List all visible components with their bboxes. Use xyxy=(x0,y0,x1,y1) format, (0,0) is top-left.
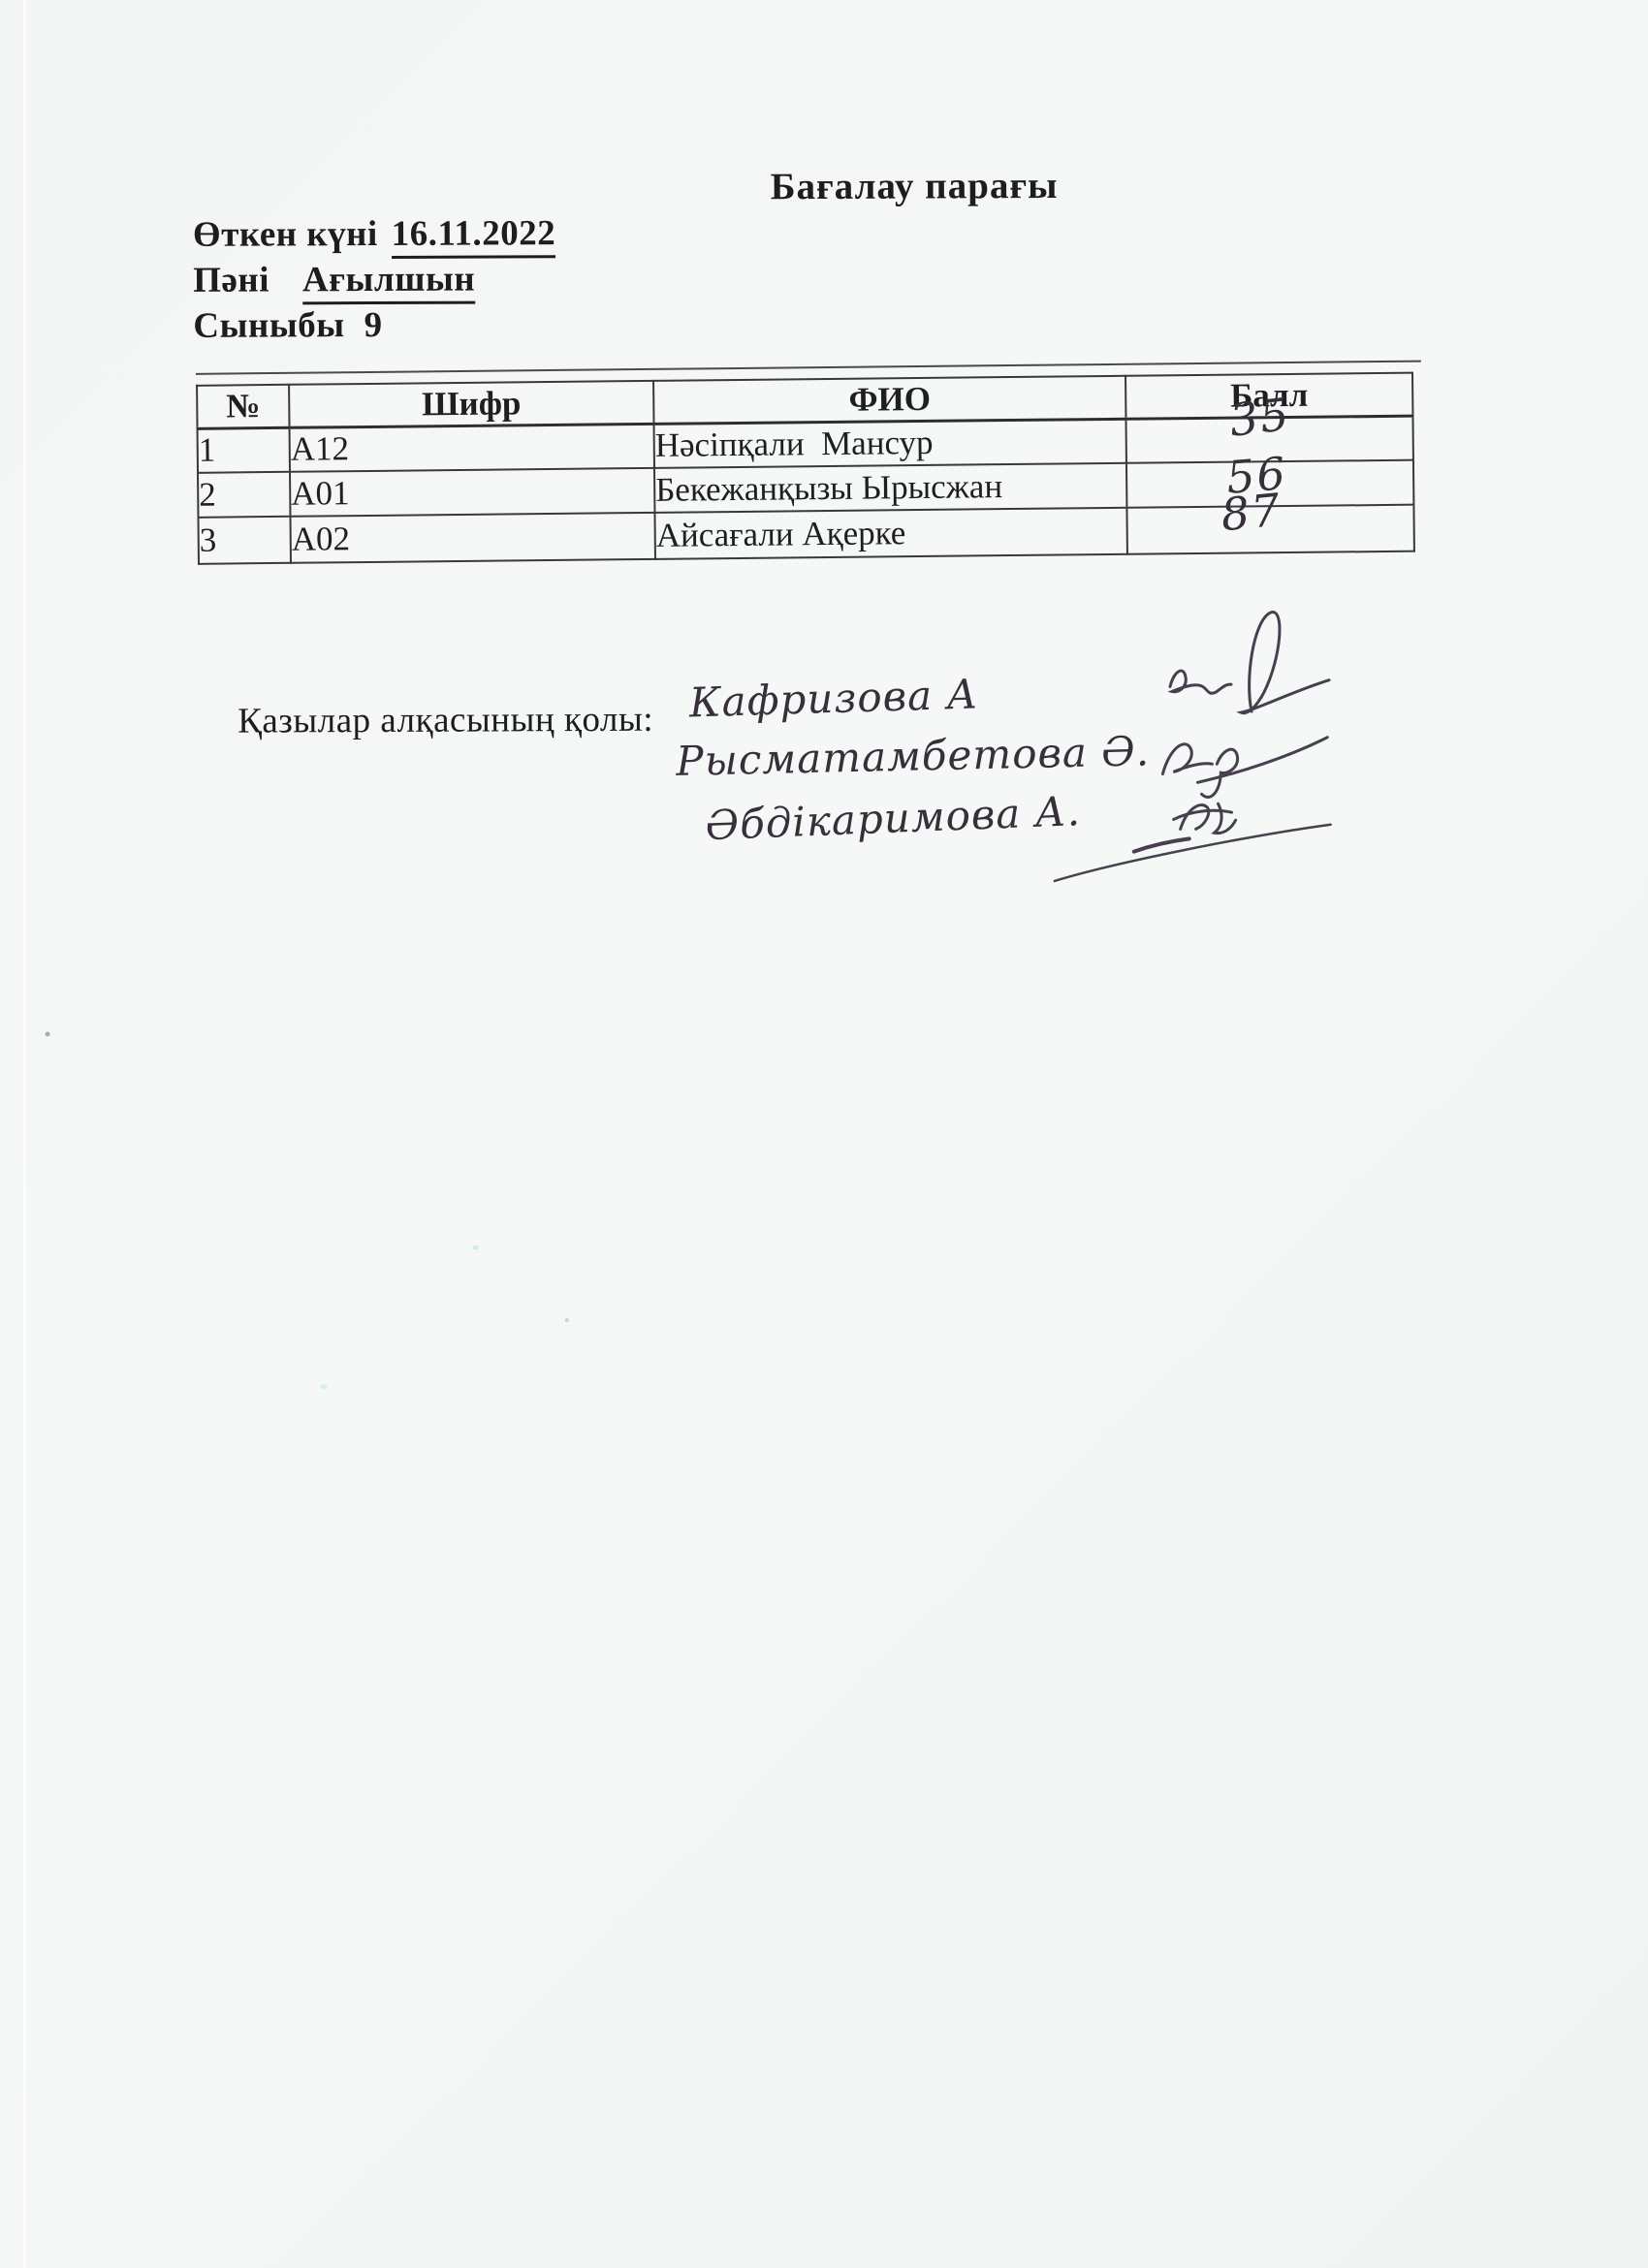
table-top-rule xyxy=(196,361,1421,375)
signature-stroke xyxy=(1181,805,1209,830)
header-code: Шифр xyxy=(289,381,653,427)
field-date: Өткен күні16.11.2022 xyxy=(193,212,555,260)
scan-speck xyxy=(565,1318,569,1322)
handwritten-score: 35 xyxy=(1227,392,1292,443)
row-num: 3 xyxy=(198,517,290,564)
handwritten-score: 87 xyxy=(1219,487,1284,537)
signatures-graphic xyxy=(1027,590,1406,917)
field-subject-label: Пәні xyxy=(193,260,269,299)
header-num: № xyxy=(197,385,289,428)
row-name: Айсағали Ақерке xyxy=(654,508,1126,559)
field-subject-value: Ағылшын xyxy=(302,259,475,305)
row-code: А12 xyxy=(290,424,654,472)
signature-stroke xyxy=(1174,810,1232,819)
signature-stroke xyxy=(1170,671,1231,694)
field-date-label: Өткен күні xyxy=(193,214,378,255)
scanned-page: Бағалау парағы Өткен күні16.11.2022 Пәні… xyxy=(0,0,1648,2268)
signature-stroke xyxy=(1197,738,1327,783)
signature-stroke xyxy=(1162,744,1212,774)
field-grade: Сыныбы9 xyxy=(193,304,382,347)
scan-speck xyxy=(320,1384,327,1389)
field-date-value: 16.11.2022 xyxy=(392,212,556,259)
signer-name: Әбдікаримова А. xyxy=(705,791,1082,846)
signature-stroke xyxy=(1215,803,1236,833)
row-num: 2 xyxy=(198,472,290,518)
scan-speck xyxy=(473,1245,479,1250)
row-name: Нәсіпқали Мансур xyxy=(654,419,1126,468)
header-name: ФИО xyxy=(653,376,1125,424)
document-sheet: Бағалау парағы Өткен күні16.11.2022 Пәні… xyxy=(0,0,1648,2268)
row-num: 1 xyxy=(198,427,290,473)
page-title: Бағалау парағы xyxy=(771,164,1059,208)
row-code: А01 xyxy=(290,468,654,517)
jury-signature-label: Қазылар алқасының қолы: xyxy=(238,699,653,742)
field-grade-label: Сыныбы xyxy=(193,305,344,346)
signature-stroke xyxy=(1241,612,1329,712)
field-subject: ПәніАғылшын xyxy=(193,259,475,305)
signer-name: Кафризова А xyxy=(688,674,978,723)
row-code: А02 xyxy=(290,513,654,563)
row-name: Бекежанқызы Ырысжан xyxy=(654,463,1126,513)
scan-speck xyxy=(46,1031,50,1036)
score-table-zone: № Шифр ФИО Балл 1 А12 Нәсіпқали Мансур 2… xyxy=(196,361,1425,582)
signature-underline xyxy=(1055,825,1331,881)
field-grade-value: 9 xyxy=(364,304,382,346)
